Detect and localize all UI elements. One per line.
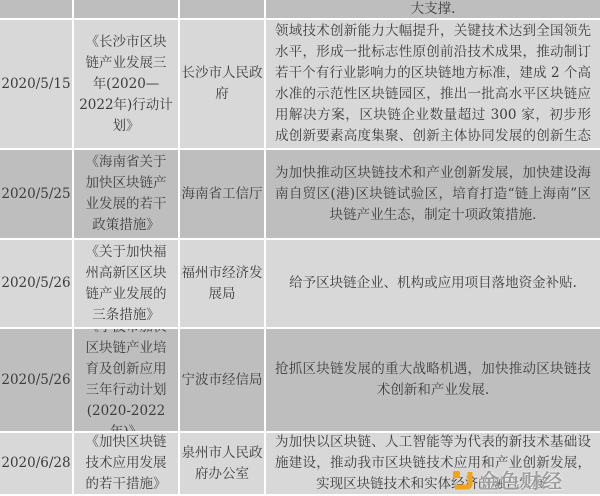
agency-cell: 宁波市经信局 xyxy=(180,329,264,431)
watermark: 金色财经 xyxy=(451,465,563,494)
empty-date-cell xyxy=(0,0,72,18)
policy-title-cell: 《关于加快福州高新区区块链产业发展的三条措施》 xyxy=(74,240,178,327)
table-row: 2020/5/26 《关于加快福州高新区区块链产业发展的三条措施》 福州市经济发… xyxy=(0,240,600,327)
empty-agency-cell xyxy=(180,0,264,18)
jinse-logo-icon xyxy=(451,468,474,491)
policy-title-cell: 《宁波市加快区块链产业培育及创新应用三年行动计划(2020-2022年)》 xyxy=(74,329,178,431)
agency-cell: 泉州市人民政府办公室 xyxy=(180,433,264,494)
empty-title-cell xyxy=(74,0,178,18)
date-cell: 2020/5/26 xyxy=(0,329,72,431)
description-text: 给予区块链企业、机构或应用项目落地资金补贴. xyxy=(266,273,600,294)
description-text: 通过实施七大行动，力争到 2022 年，长沙市区块链领域技术创新能力大幅提升，关… xyxy=(266,20,600,148)
description-text: 抢抓区块链发展的重大战略机遇，加快推动区块链技术创新和产业发展. xyxy=(266,359,600,401)
description-text: 为加快推动区块链技术和产业创新发展，加快建设海南自贸区(港)区块链试验区，培育打… xyxy=(266,163,600,226)
table-row: 2020/5/26 《宁波市加快区块链产业培育及创新应用三年行动计划(2020-… xyxy=(0,329,600,431)
agency-cell: 海南省工信厅 xyxy=(180,150,264,238)
table-row: 2020/5/25 《海南省关于加快区块链产业发展的若干政策措施》 海南省工信厅… xyxy=(0,150,600,238)
description-continuation-text: 大支撑. xyxy=(266,1,600,17)
date-cell: 2020/6/28 xyxy=(0,433,72,494)
description-cell: 给予区块链企业、机构或应用项目落地资金补贴. xyxy=(266,240,600,327)
description-cell: 为加快推动区块链技术和产业创新发展，加快建设海南自贸区(港)区块链试验区，培育打… xyxy=(266,150,600,238)
description-cell: 通过实施七大行动，力争到 2022 年，长沙市区块链领域技术创新能力大幅提升，关… xyxy=(266,20,600,148)
agency-cell: 长沙市人民政府 xyxy=(180,20,264,148)
date-cell: 2020/5/26 xyxy=(0,240,72,327)
agency-cell: 福州市经济发展局 xyxy=(180,240,264,327)
policy-title-cell: 《海南省关于加快区块链产业发展的若干政策措施》 xyxy=(74,150,178,238)
description-cell: 抢抓区块链发展的重大战略机遇，加快推动区块链技术创新和产业发展. xyxy=(266,329,600,431)
policy-title-cell: 《长沙市区块链产业发展三年(2020—2022年)行动计划》 xyxy=(74,20,178,148)
policy-title-cell: 《加快区块链技术应用发展的若干措施》 xyxy=(74,433,178,494)
date-cell: 2020/5/15 xyxy=(0,20,72,148)
watermark-brand-text: 金色财经 xyxy=(479,465,563,494)
policy-table-page: 大支撑. 2020/5/15 《长沙市区块链产业发展三年(2020—2022年)… xyxy=(0,0,600,496)
table-row-continuation: 大支撑. xyxy=(0,0,600,18)
date-cell: 2020/5/25 xyxy=(0,150,72,238)
table-row: 2020/5/15 《长沙市区块链产业发展三年(2020—2022年)行动计划》… xyxy=(0,20,600,148)
description-cell: 大支撑. xyxy=(266,0,600,18)
